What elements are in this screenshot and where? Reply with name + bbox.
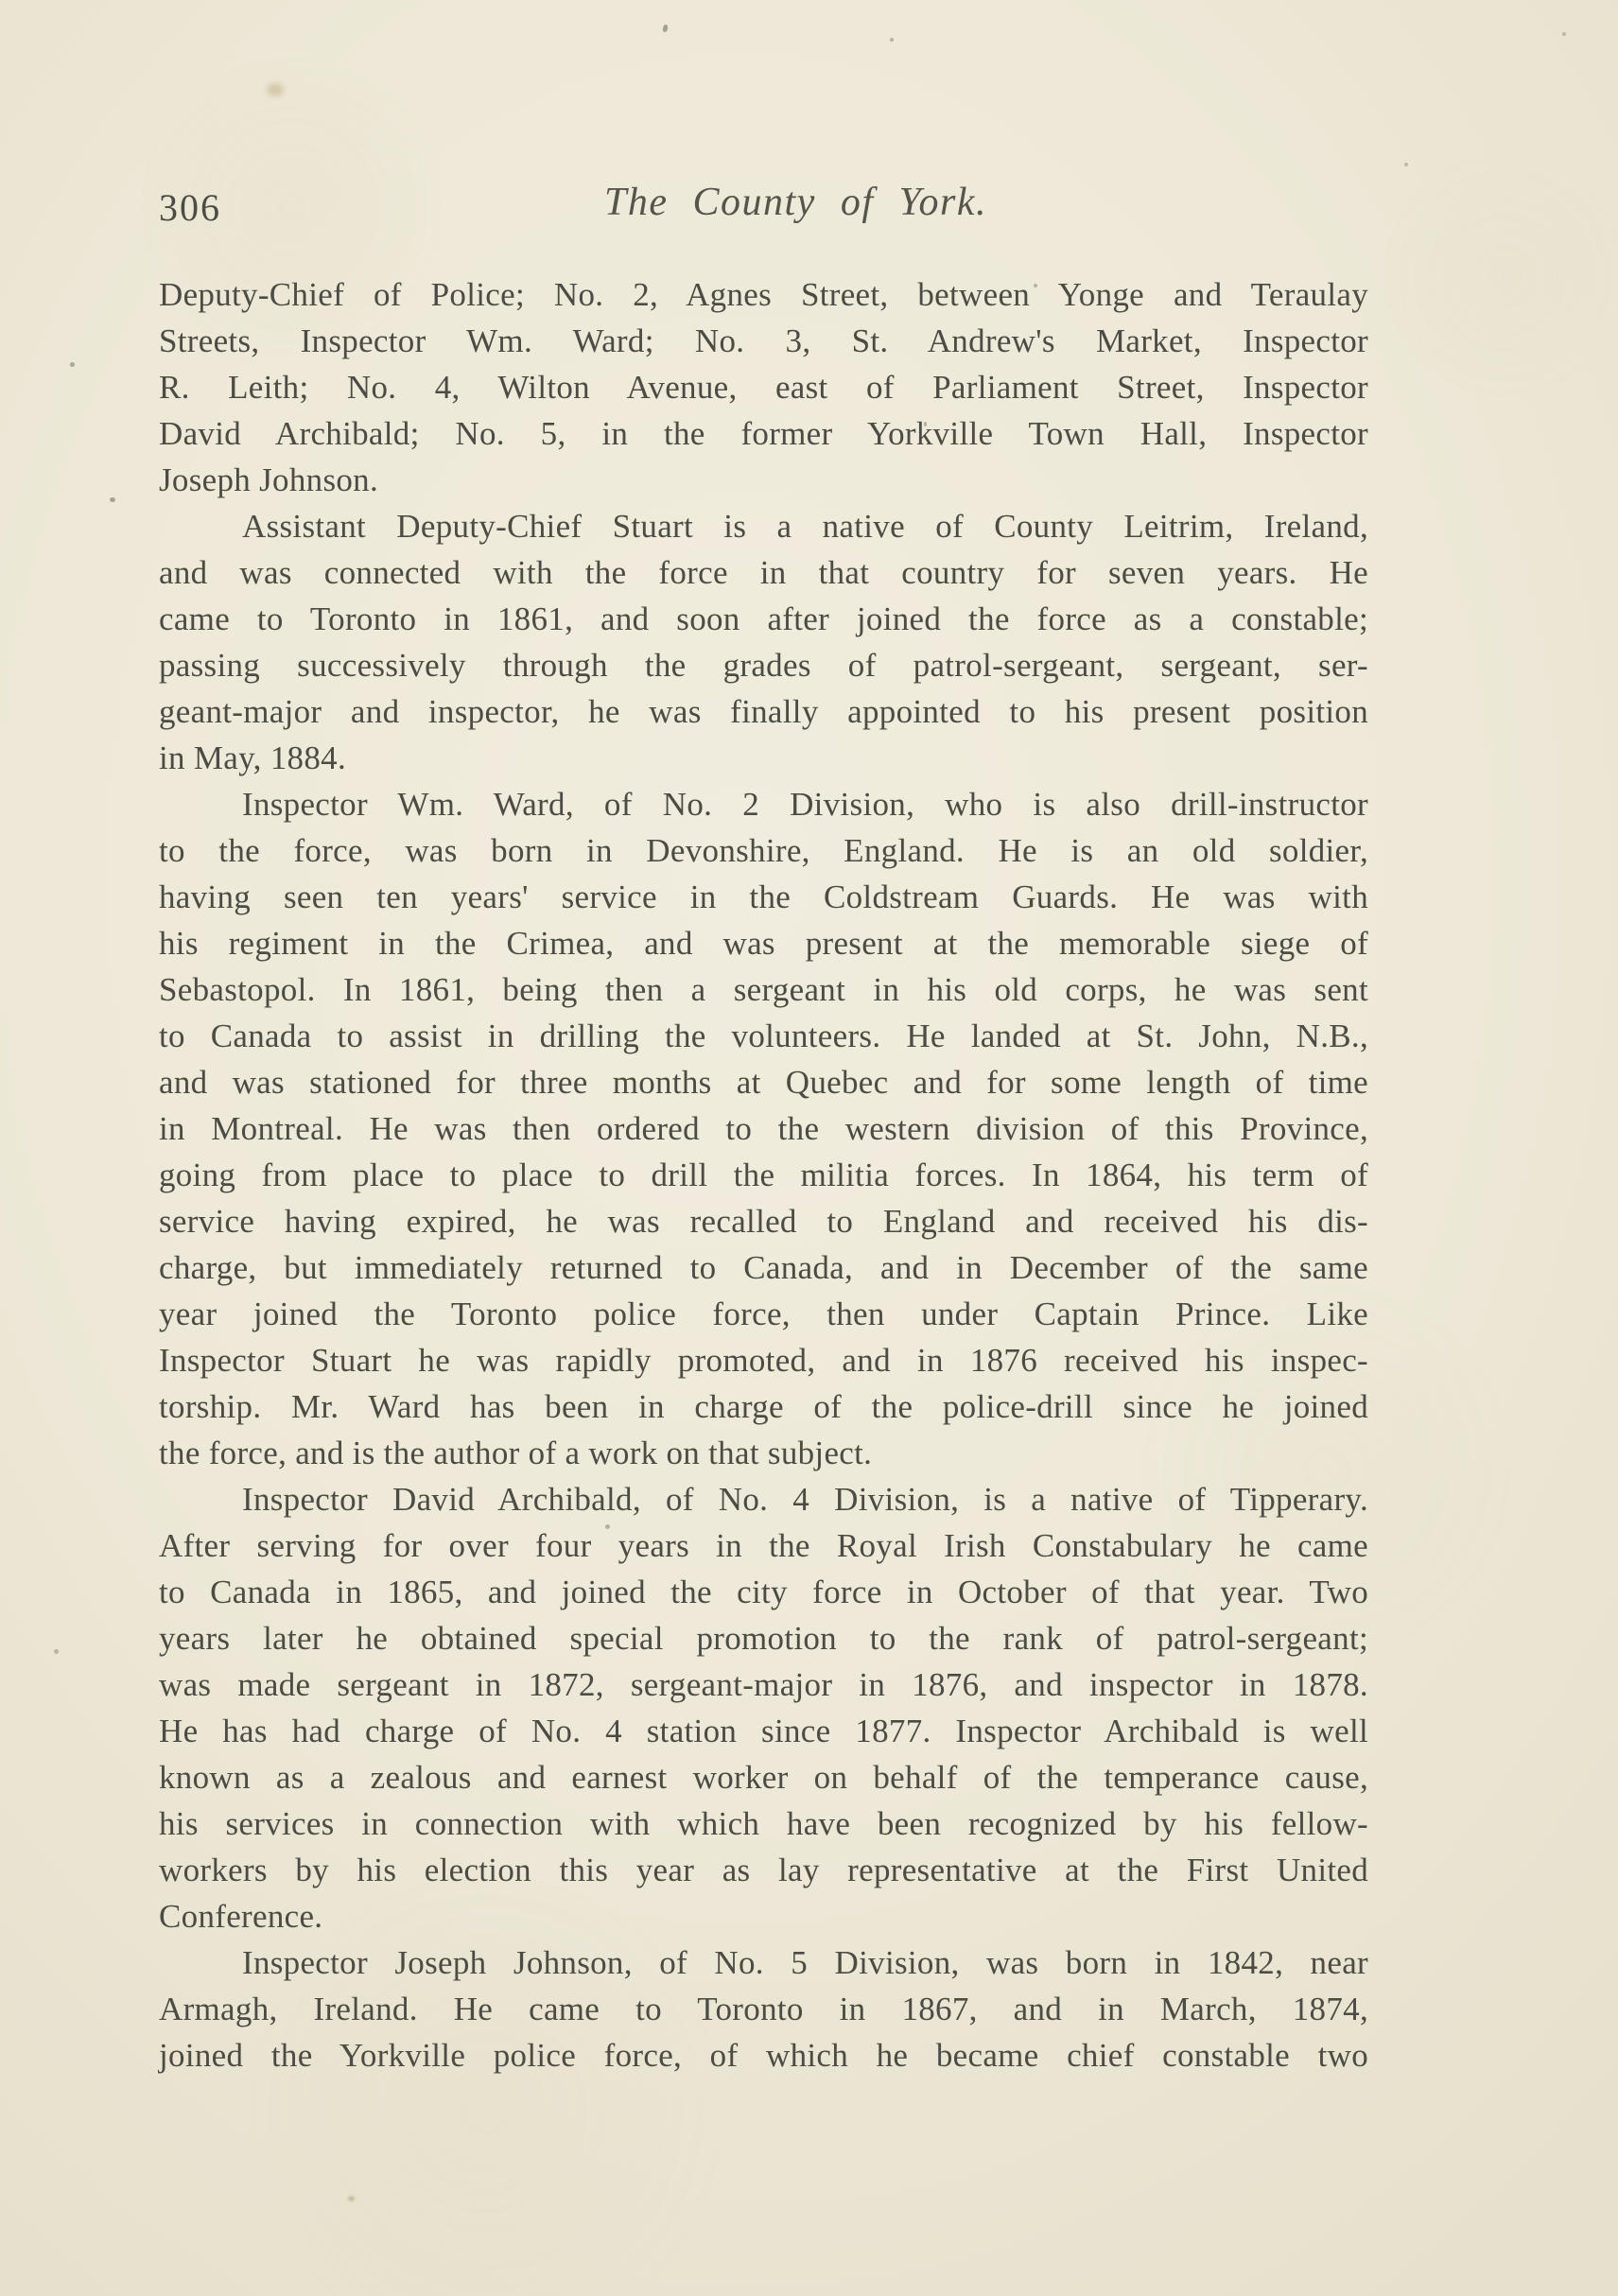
text-line: David Archibald; No. 5, in the former Yo… <box>159 410 1368 457</box>
text-line: going from place to place to drill the m… <box>159 1152 1368 1198</box>
dust-speck <box>890 38 894 42</box>
text-line: Joseph Johnson. <box>159 457 1368 503</box>
running-head: 306 The County of York. <box>159 180 1368 229</box>
paper-stain <box>348 2196 355 2201</box>
text-line: having seen ten years' service in the Co… <box>159 874 1368 920</box>
book-page-scan: 306 The County of York. Deputy-Chief of … <box>0 0 1618 2296</box>
text-line: in Montreal. He was then ordered to the … <box>159 1105 1368 1152</box>
text-line: years later he obtained special promotio… <box>159 1615 1368 1661</box>
text-line: his services in connection with which ha… <box>159 1800 1368 1847</box>
dust-speck <box>70 362 75 367</box>
text-line: to Canada in 1865, and joined the city f… <box>159 1569 1368 1615</box>
text-line: was made sergeant in 1872, sergeant-majo… <box>159 1661 1368 1708</box>
text-line: Conference. <box>159 1893 1368 1939</box>
text-line: Armagh, Ireland. He came to Toronto in 1… <box>159 1986 1368 2032</box>
text-line: his regiment in the Crimea, and was pres… <box>159 920 1368 966</box>
text-line: and was stationed for three months at Qu… <box>159 1059 1368 1105</box>
text-line: and was connected with the force in that… <box>159 549 1368 596</box>
body-text: Deputy-Chief of Police; No. 2, Agnes Str… <box>159 271 1368 2079</box>
paragraph: Assistant Deputy-Chief Stuart is a nativ… <box>159 503 1368 781</box>
text-line: the force, and is the author of a work o… <box>159 1430 1368 1476</box>
text-line: service having expired, he was recalled … <box>159 1198 1368 1244</box>
text-line: geant-major and inspector, he was finall… <box>159 688 1368 735</box>
text-line: year joined the Toronto police force, th… <box>159 1291 1368 1337</box>
paragraph: Inspector David Archibald, of No. 4 Divi… <box>159 1476 1368 1939</box>
text-line: to the force, was born in Devonshire, En… <box>159 827 1368 874</box>
text-line: Deputy-Chief of Police; No. 2, Agnes Str… <box>159 271 1368 318</box>
text-line: Streets, Inspector Wm. Ward; No. 3, St. … <box>159 318 1368 364</box>
text-line: joined the Yorkville police force, of wh… <box>159 2032 1368 2079</box>
text-line: Inspector Joseph Johnson, of No. 5 Divis… <box>159 1939 1368 1986</box>
text-line: to Canada to assist in drilling the volu… <box>159 1013 1368 1059</box>
text-line: in May, 1884. <box>159 735 1368 781</box>
dust-speck <box>1562 32 1566 36</box>
text-line: Inspector Wm. Ward, of No. 2 Division, w… <box>159 781 1368 827</box>
text-line: Inspector David Archibald, of No. 4 Divi… <box>159 1476 1368 1522</box>
text-line: workers by his election this year as lay… <box>159 1847 1368 1893</box>
text-line: Inspector Stuart he was rapidly promoted… <box>159 1337 1368 1383</box>
paragraph: Inspector Wm. Ward, of No. 2 Division, w… <box>159 781 1368 1476</box>
text-line: charge, but immediately returned to Cana… <box>159 1244 1368 1291</box>
text-line: came to Toronto in 1861, and soon after … <box>159 596 1368 642</box>
text-line: R. Leith; No. 4, Wilton Avenue, east of … <box>159 364 1368 410</box>
dust-speck <box>110 497 115 502</box>
text-line: Sebastopol. In 1861, being then a sergea… <box>159 966 1368 1013</box>
dust-speck <box>1404 163 1408 166</box>
text-line: After serving for over four years in the… <box>159 1522 1368 1569</box>
page-title: The County of York. <box>191 180 1401 225</box>
paragraph: Inspector Joseph Johnson, of No. 5 Divis… <box>159 1939 1368 2079</box>
text-line: Assistant Deputy-Chief Stuart is a nativ… <box>159 503 1368 549</box>
dust-speck <box>662 25 669 33</box>
text-line: He has had charge of No. 4 station since… <box>159 1708 1368 1754</box>
paragraph: Deputy-Chief of Police; No. 2, Agnes Str… <box>159 271 1368 503</box>
text-line: torship. Mr. Ward has been in charge of … <box>159 1383 1368 1430</box>
dust-speck <box>54 1649 59 1654</box>
text-line: known as a zealous and earnest worker on… <box>159 1754 1368 1800</box>
text-line: passing successively through the grades … <box>159 642 1368 688</box>
paper-stain <box>267 83 284 96</box>
